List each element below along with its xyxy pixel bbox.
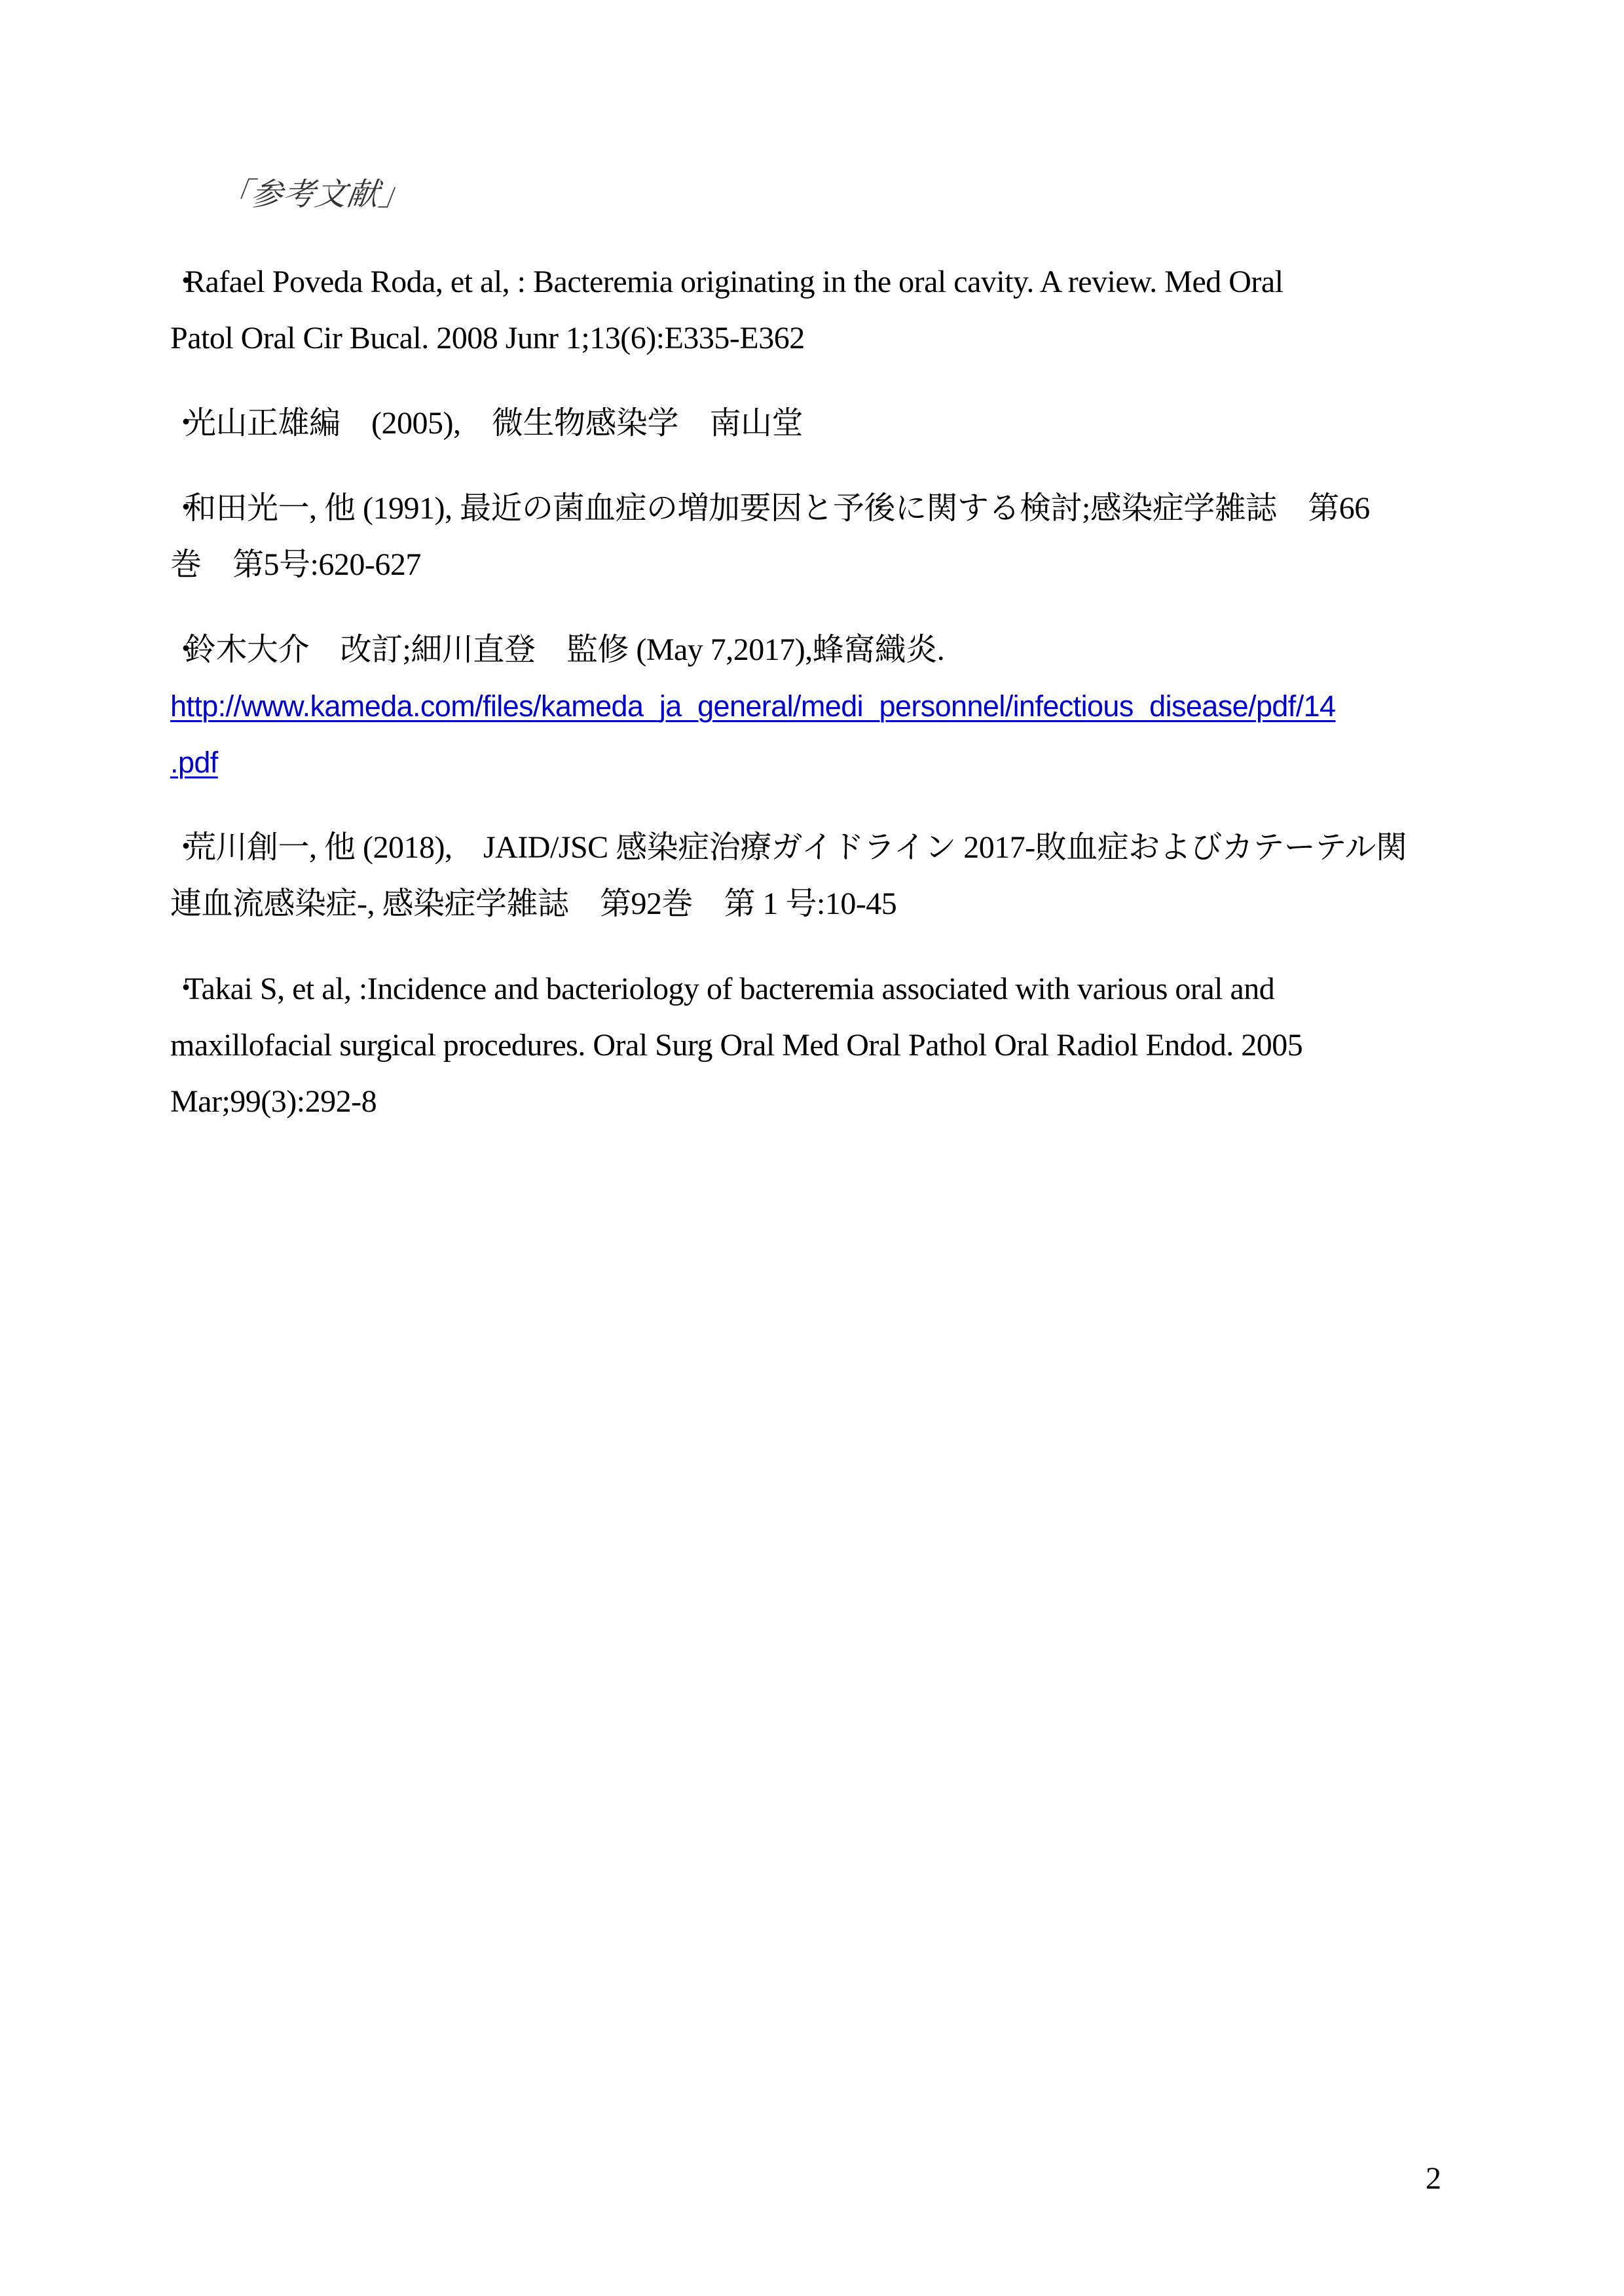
reference-line: Patol Oral Cir Bucal. 2008 Junr 1;13(6):… xyxy=(170,310,1454,367)
bullet-icon: ・ xyxy=(170,820,185,876)
reference-line: ・光山正雄編 (2005), 微生物感染学 南山堂 xyxy=(170,395,1454,452)
reference-line: ・Rafael Poveda Roda, et al, : Bacteremia… xyxy=(170,254,1454,310)
reference-text: 和田光一, 他 (1991), 最近の菌血症の増加要因と予後に関する検討;感染症… xyxy=(185,491,1370,526)
reference-line: 巻 第5号:620-627 xyxy=(170,537,1454,593)
bullet-icon: ・ xyxy=(170,395,185,452)
reference-line: 連血流感染症-, 感染症学雑誌 第92巻 第 1 号:10-45 xyxy=(170,876,1454,932)
reference-item-1: ・Rafael Poveda Roda, et al, : Bacteremia… xyxy=(170,254,1454,367)
reference-url-link[interactable]: http://www.kameda.com/files/kameda_ja_ge… xyxy=(170,678,1454,735)
bullet-icon: ・ xyxy=(170,622,185,678)
reference-item-4: ・鈴木大介 改訂;細川直登 監修 (May 7,2017),蜂窩織炎. http… xyxy=(170,622,1454,791)
reference-text: 光山正雄編 (2005), 微生物感染学 南山堂 xyxy=(185,406,803,441)
reference-text: 鈴木大介 改訂;細川直登 監修 (May 7,2017),蜂窩織炎. xyxy=(185,632,944,667)
bullet-icon: ・ xyxy=(170,254,185,310)
reference-item-6: ・Takai S, et al, :Incidence and bacterio… xyxy=(170,961,1454,1130)
bullet-icon: ・ xyxy=(170,961,185,1017)
reference-text: Takai S, et al, :Incidence and bacteriol… xyxy=(185,972,1274,1006)
document-page: 「参考文献」 ・Rafael Poveda Roda, et al, : Bac… xyxy=(0,0,1624,2296)
bullet-icon: ・ xyxy=(170,481,185,537)
reference-item-5: ・荒川創一, 他 (2018), JAID/JSC 感染症治療ガイドライン 20… xyxy=(170,820,1454,932)
reference-line: Mar;99(3):292-8 xyxy=(170,1074,1454,1130)
reference-url-link-continued[interactable]: .pdf xyxy=(170,735,1454,791)
reference-text: Rafael Poveda Roda, et al, : Bacteremia … xyxy=(185,264,1283,299)
page-number: 2 xyxy=(1426,2160,1441,2196)
reference-line: ・和田光一, 他 (1991), 最近の菌血症の増加要因と予後に関する検討;感染… xyxy=(170,481,1454,537)
reference-text: 荒川創一, 他 (2018), JAID/JSC 感染症治療ガイドライン 201… xyxy=(185,830,1407,865)
reference-line: maxillofacial surgical procedures. Oral … xyxy=(170,1017,1454,1074)
reference-line: ・鈴木大介 改訂;細川直登 監修 (May 7,2017),蜂窩織炎. xyxy=(170,622,1454,678)
reference-item-3: ・和田光一, 他 (1991), 最近の菌血症の増加要因と予後に関する検討;感染… xyxy=(170,481,1454,593)
reference-line: ・Takai S, et al, :Incidence and bacterio… xyxy=(170,961,1454,1017)
references-heading: 「参考文献」 xyxy=(216,169,415,214)
reference-item-2: ・光山正雄編 (2005), 微生物感染学 南山堂 xyxy=(170,395,1454,452)
reference-line: ・荒川創一, 他 (2018), JAID/JSC 感染症治療ガイドライン 20… xyxy=(170,820,1454,876)
